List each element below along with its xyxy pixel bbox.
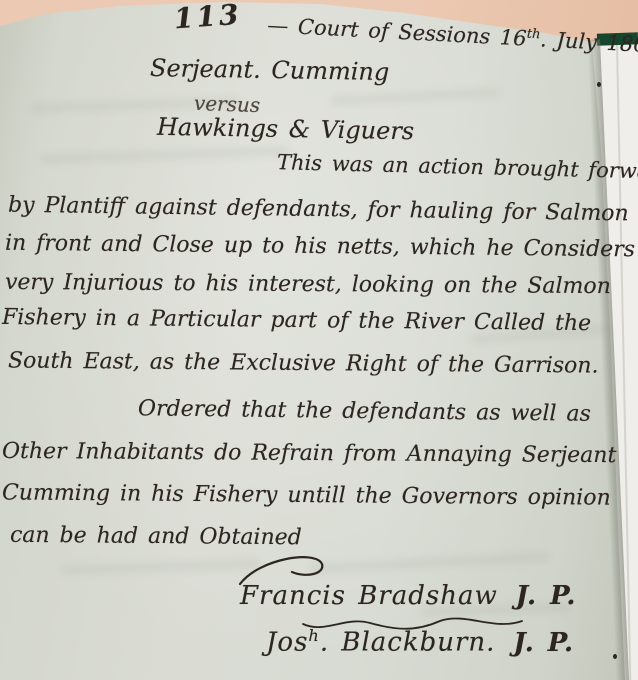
order-line: Cumming in his Fishery untill the Govern… bbox=[2, 480, 611, 510]
order-line: can be had and Obtained bbox=[10, 523, 302, 551]
signature-abbrev: Jos bbox=[266, 628, 308, 658]
manuscript-photo: 113 — Court of Sessions 16th. July 1803 … bbox=[0, 0, 638, 680]
order-line: Other Inhabitants do Refrain from Annayi… bbox=[2, 439, 617, 468]
ink-dot bbox=[613, 654, 617, 659]
ink-dot bbox=[597, 82, 601, 87]
signature-blackburn: Josh. Blackburn.J. P. bbox=[266, 626, 574, 658]
header-dash: — bbox=[267, 13, 289, 38]
justice-of-peace-initials: J. P. bbox=[513, 628, 574, 658]
body-line: South East, as the Exclusive Right of th… bbox=[8, 348, 599, 378]
page-number: 113 bbox=[173, 0, 243, 35]
signature-abbrev-sup: h bbox=[308, 626, 319, 645]
justice-of-peace-initials: J. P. bbox=[516, 581, 577, 611]
signature-name: Josh. Blackburn. bbox=[266, 626, 495, 658]
signature-name-rest: . Blackburn. bbox=[320, 628, 496, 658]
case-plaintiff: Serjeant. Cumming bbox=[150, 54, 390, 86]
case-defendants: Hawkings & Viguers bbox=[157, 113, 415, 145]
header-ordinal-sup: th bbox=[526, 27, 540, 43]
signature-bradshaw: Francis BradshawJ. P. bbox=[240, 581, 576, 611]
signature-name: Francis Bradshaw bbox=[240, 581, 498, 611]
body-line: very Injurious to his interest, looking … bbox=[5, 270, 611, 299]
